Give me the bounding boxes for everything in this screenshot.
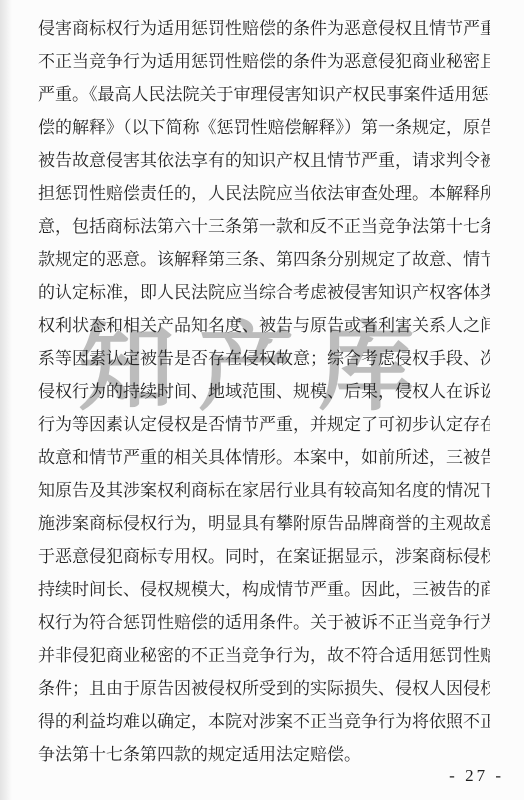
text-line: 意，包括商标法第六十三条第一款和反不正当竞争法第十七条第三 bbox=[38, 210, 490, 243]
text-line: 权行为符合惩罚性赔偿的适用条件。关于被诉不正当竞争行为，因 bbox=[38, 606, 490, 639]
text-line: 被告故意侵害其依法享有的知识产权且情节严重，请求判令被告承 bbox=[38, 144, 490, 177]
text-line: 持续时间长、侵权规模大，构成情节严重。因此，三被告的商标侵 bbox=[38, 573, 490, 606]
text-line: 条件；且由于原告因被侵权所受到的实际损失、侵权人因侵权所获 bbox=[38, 672, 490, 705]
text-line: 知原告及其涉案权利商标在家居行业具有较高知名度的情况下仍实 bbox=[38, 474, 490, 507]
text-line: 不正当竞争行为适用惩罚性赔偿的条件为恶意侵犯商业秘密且情节 bbox=[38, 45, 490, 78]
document-page: 知产库 侵害商标权行为适用惩罚性赔偿的条件为恶意侵权且情节严重，对 不正当竞争行… bbox=[0, 0, 524, 800]
text-line: 偿的解释》（以下简称《惩罚性赔偿解释》）第一条规定，原告主张 bbox=[38, 111, 490, 144]
text-line: 得的利益均难以确定，本院对涉案不正当竞争行为将依照不正当竞 bbox=[38, 705, 490, 738]
text-line: 行为等因素认定侵权是否情节严重，并规定了可初步认定存在侵权 bbox=[38, 408, 490, 441]
text-line: 侵权行为的持续时间、地域范围、规模、后果，侵权人在诉讼中的 bbox=[38, 375, 490, 408]
text-line: 争法第十七条第四款的规定适用法定赔偿。 bbox=[38, 738, 490, 771]
page-number: - 27 - bbox=[449, 766, 504, 786]
judgment-text-body: 侵害商标权行为适用惩罚性赔偿的条件为恶意侵权且情节严重，对 不正当竞争行为适用惩… bbox=[38, 12, 490, 771]
text-line: 施涉案商标侵权行为，明显具有攀附原告品牌商誉的主观故意，属 bbox=[38, 507, 490, 540]
text-line: 担惩罚性赔偿责任的，人民法院应当依法审查处理。本解释所称故 bbox=[38, 177, 490, 210]
text-line: 于恶意侵犯商标专用权。同时，在案证据显示，涉案商标侵权行为 bbox=[38, 540, 490, 573]
scan-edge-shadow bbox=[0, 0, 12, 800]
text-line: 权利状态和相关产品知名度、被告与原告或者利害关系人之间的关 bbox=[38, 309, 490, 342]
text-line: 严重。《最高人民法院关于审理侵害知识产权民事案件适用惩罚性赔 bbox=[38, 78, 490, 111]
text-line: 侵害商标权行为适用惩罚性赔偿的条件为恶意侵权且情节严重，对 bbox=[38, 12, 490, 45]
text-line: 款规定的恶意。该解释第三条、第四条分别规定了故意、情节严重 bbox=[38, 243, 490, 276]
text-line: 的认定标准，即人民法院应当综合考虑被侵害知识产权客体类型、 bbox=[38, 276, 490, 309]
text-line: 故意和情节严重的相关具体情形。本案中，如前所述，三被告在明 bbox=[38, 441, 490, 474]
text-line: 系等因素认定被告是否存在侵权故意；综合考虑侵权手段、次数， bbox=[38, 342, 490, 375]
text-line: 并非侵犯商业秘密的不正当竞争行为，故不符合适用惩罚性赔偿的 bbox=[38, 639, 490, 672]
